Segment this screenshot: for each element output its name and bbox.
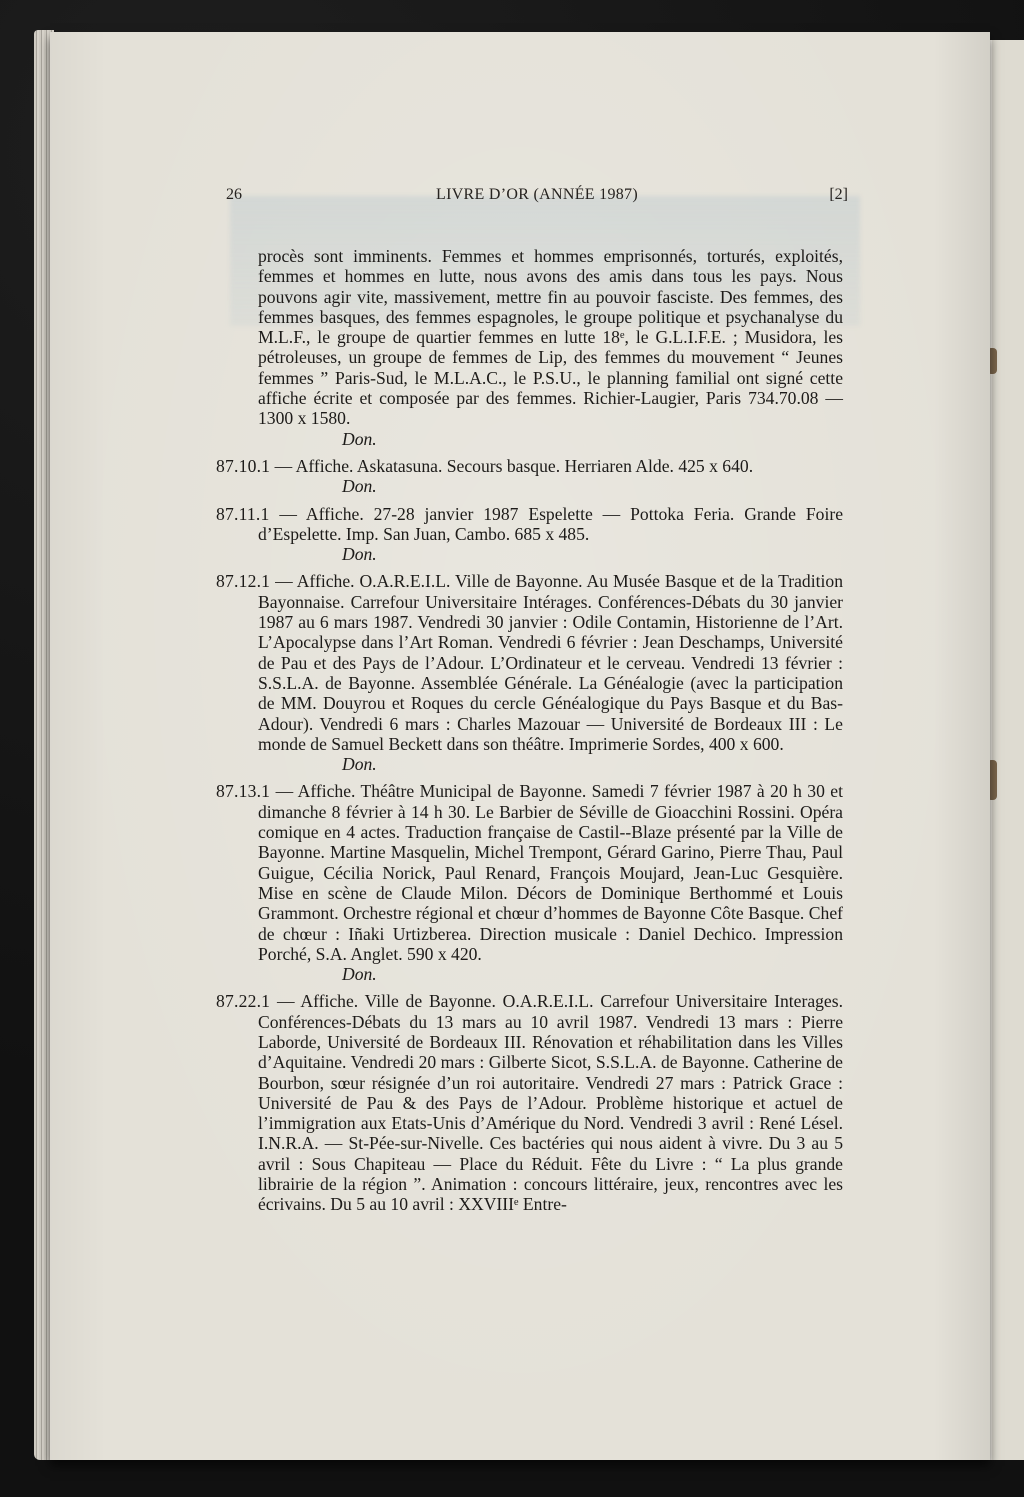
entry-number: 87.22.1 [216,991,270,1011]
paragraph-text: procès sont imminents. Femmes et hommes … [258,246,843,428]
entry-text: Affiche. Askatasuna. Secours basque. Her… [296,456,753,476]
entry-dash: — [270,781,297,801]
running-title: LIVRE D’OR (ANNÉE 1987) [226,186,848,204]
entry-dash: — [270,504,306,524]
entry-text: Affiche. Théâtre Municipal de Bayonne. S… [258,781,843,963]
entry-number: 87.10.1 [216,456,270,476]
catalog-entry: 87.22.1 — Affiche. Ville de Bayonne. O.A… [216,991,843,1214]
donation-note: Don. [216,754,843,774]
catalog-entry: 87.10.1 — Affiche. Askatasuna. Secours b… [216,456,843,476]
page-body: procès sont imminents. Femmes et hommes … [216,246,843,1215]
entry-number: 87.12.1 [216,571,270,591]
entry-dash: — [270,991,300,1011]
entry-number: 87.13.1 [216,781,270,801]
donation-note: Don. [216,476,843,496]
catalog-entry: 87.12.1 — Affiche. O.A.R.E.I.L. Ville de… [216,571,843,754]
entry-text: Affiche. Ville de Bayonne. O.A.R.E.I.L. … [258,991,843,1214]
continued-paragraph: procès sont imminents. Femmes et hommes … [216,246,843,429]
section-marker: [2] [829,186,848,204]
entry-dash: — [270,571,297,591]
running-head: 26 LIVRE D’OR (ANNÉE 1987) [2] [226,186,848,212]
donation-note: Don. [216,429,843,449]
entry-text: Affiche. O.A.R.E.I.L. Ville de Bayonne. … [258,571,843,753]
donation-note: Don. [216,544,843,564]
entry-text: Affiche. 27-28 janvier 1987 Espelette — … [258,504,843,544]
entry-dash: — [270,456,295,476]
donation-note: Don. [216,964,843,984]
entry-number: 87.11.1 [216,504,270,524]
facing-page-gutter [990,40,1024,1460]
catalog-entry: 87.13.1 — Affiche. Théâtre Municipal de … [216,781,843,964]
catalog-entry: 87.11.1 — Affiche. 27-28 janvier 1987 Es… [216,504,843,545]
